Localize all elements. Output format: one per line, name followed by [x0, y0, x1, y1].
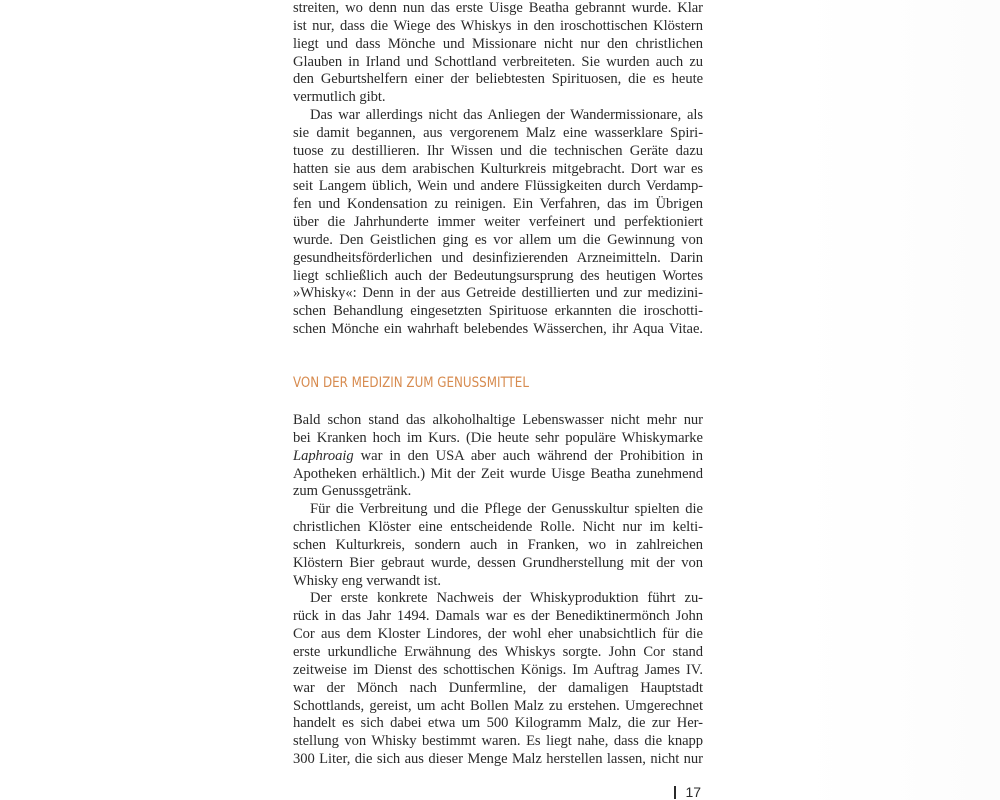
text-line: Schottlands, gereist, um acht Bollen Mal…	[293, 698, 703, 716]
text-line: tuose zu destillieren. Ihr Wissen und di…	[293, 143, 703, 161]
text-line: liegt schließlich auch der Bedeutungsurs…	[293, 268, 703, 286]
text-line: Für die Verbreitung und die Pflege der G…	[293, 501, 703, 519]
text-line: Apotheken erhältlich.) Mit der Zeit wurd…	[293, 466, 703, 484]
text-line: christlichen Klöster eine entscheidende …	[293, 519, 703, 537]
text-line: wurde. Den Geistlichen ging es vor allem…	[293, 232, 703, 250]
text-line: vermutlich gibt.	[293, 89, 703, 107]
paragraph-wandermissionare: Das war allerdings nicht das Anliegen de…	[293, 107, 703, 339]
text-line: Cor aus dem Kloster Lindores, der wohl e…	[293, 626, 703, 644]
text-line: seit Langem üblich, Wein und andere Flüs…	[293, 178, 703, 196]
text-line: hatten sie aus dem arabischen Kulturkrei…	[293, 161, 703, 179]
page-number-divider	[674, 786, 676, 799]
text-line: Bald schon stand das alkoholhaltige Lebe…	[293, 412, 703, 430]
text-line: schen Kulturkreis, sondern auch in Frank…	[293, 537, 703, 555]
section-heading: VON DER MEDIZIN ZUM GENUSSMITTEL	[293, 373, 529, 393]
text-line: ist nur, dass die Wiege des Whiskys in d…	[293, 18, 703, 36]
text-line: schen Mönche ein wahrhaft belebendes Wäs…	[293, 321, 703, 339]
text-line: sie damit begannen, aus vergorenem Malz …	[293, 125, 703, 143]
text-line: Das war allerdings nicht das Anliegen de…	[293, 107, 703, 125]
text-line: handelt es sich dabei etwa um 500 Kilogr…	[293, 715, 703, 733]
book-page: streiten, wo denn nun das erste Uisge Be…	[0, 0, 1000, 800]
text-line: über die Jahrhunderte immer weiter verfe…	[293, 214, 703, 232]
text-line: zeitweise im Dienst des schottischen Kön…	[293, 662, 703, 680]
text-line: rück in das Jahr 1494. Damals war es der…	[293, 608, 703, 626]
text-line: liegt und dass Mönche und Missionare nic…	[293, 36, 703, 54]
brand-name-italic: Laphroaig	[293, 448, 354, 464]
text-line: Whisky eng verwandt ist.	[293, 573, 703, 591]
text-line: bei Kranken hoch im Kurs. (Die heute seh…	[293, 430, 703, 448]
text-line: Glauben in Irland und Schottland verbrei…	[293, 54, 703, 72]
text-line: war der Mönch nach Dunfermline, der dama…	[293, 680, 703, 698]
text-line: zum Genussgetränk.	[293, 483, 703, 501]
text-line: den Geburtshelfern einer der beliebteste…	[293, 71, 703, 89]
text-line: streiten, wo denn nun das erste Uisge Be…	[293, 0, 703, 18]
text-line: Der erste konkrete Nachweis der Whiskypr…	[293, 590, 703, 608]
paragraph-continuation: streiten, wo denn nun das erste Uisge Be…	[293, 0, 703, 107]
text-line: fen und Kondensation zu reinigen. Ein Ve…	[293, 196, 703, 214]
text-fragment: war in den USA aber auch während der Pro…	[354, 448, 703, 464]
text-line: »Whisky«: Denn in der aus Getreide desti…	[293, 285, 703, 303]
text-line: stellung von Whisky bestimmt waren. Es l…	[293, 733, 703, 751]
page-number-value: 17	[686, 783, 702, 800]
text-line: Klöstern Bier gebraut wurde, dessen Grun…	[293, 555, 703, 573]
text-line: gesundheitsförderlichen und desinfiziere…	[293, 250, 703, 268]
text-line: 300 Liter, die sich aus dieser Menge Mal…	[293, 751, 703, 769]
text-line: Laphroaig war in den USA aber auch währe…	[293, 448, 703, 466]
text-line: erste urkundliche Erwähnung des Whiskys …	[293, 644, 703, 662]
section-body: Bald schon stand das alkoholhaltige Lebe…	[293, 412, 703, 769]
page-number: 17	[674, 783, 701, 800]
text-line: schen Behandlung eingesetzten Spirituose…	[293, 303, 703, 321]
